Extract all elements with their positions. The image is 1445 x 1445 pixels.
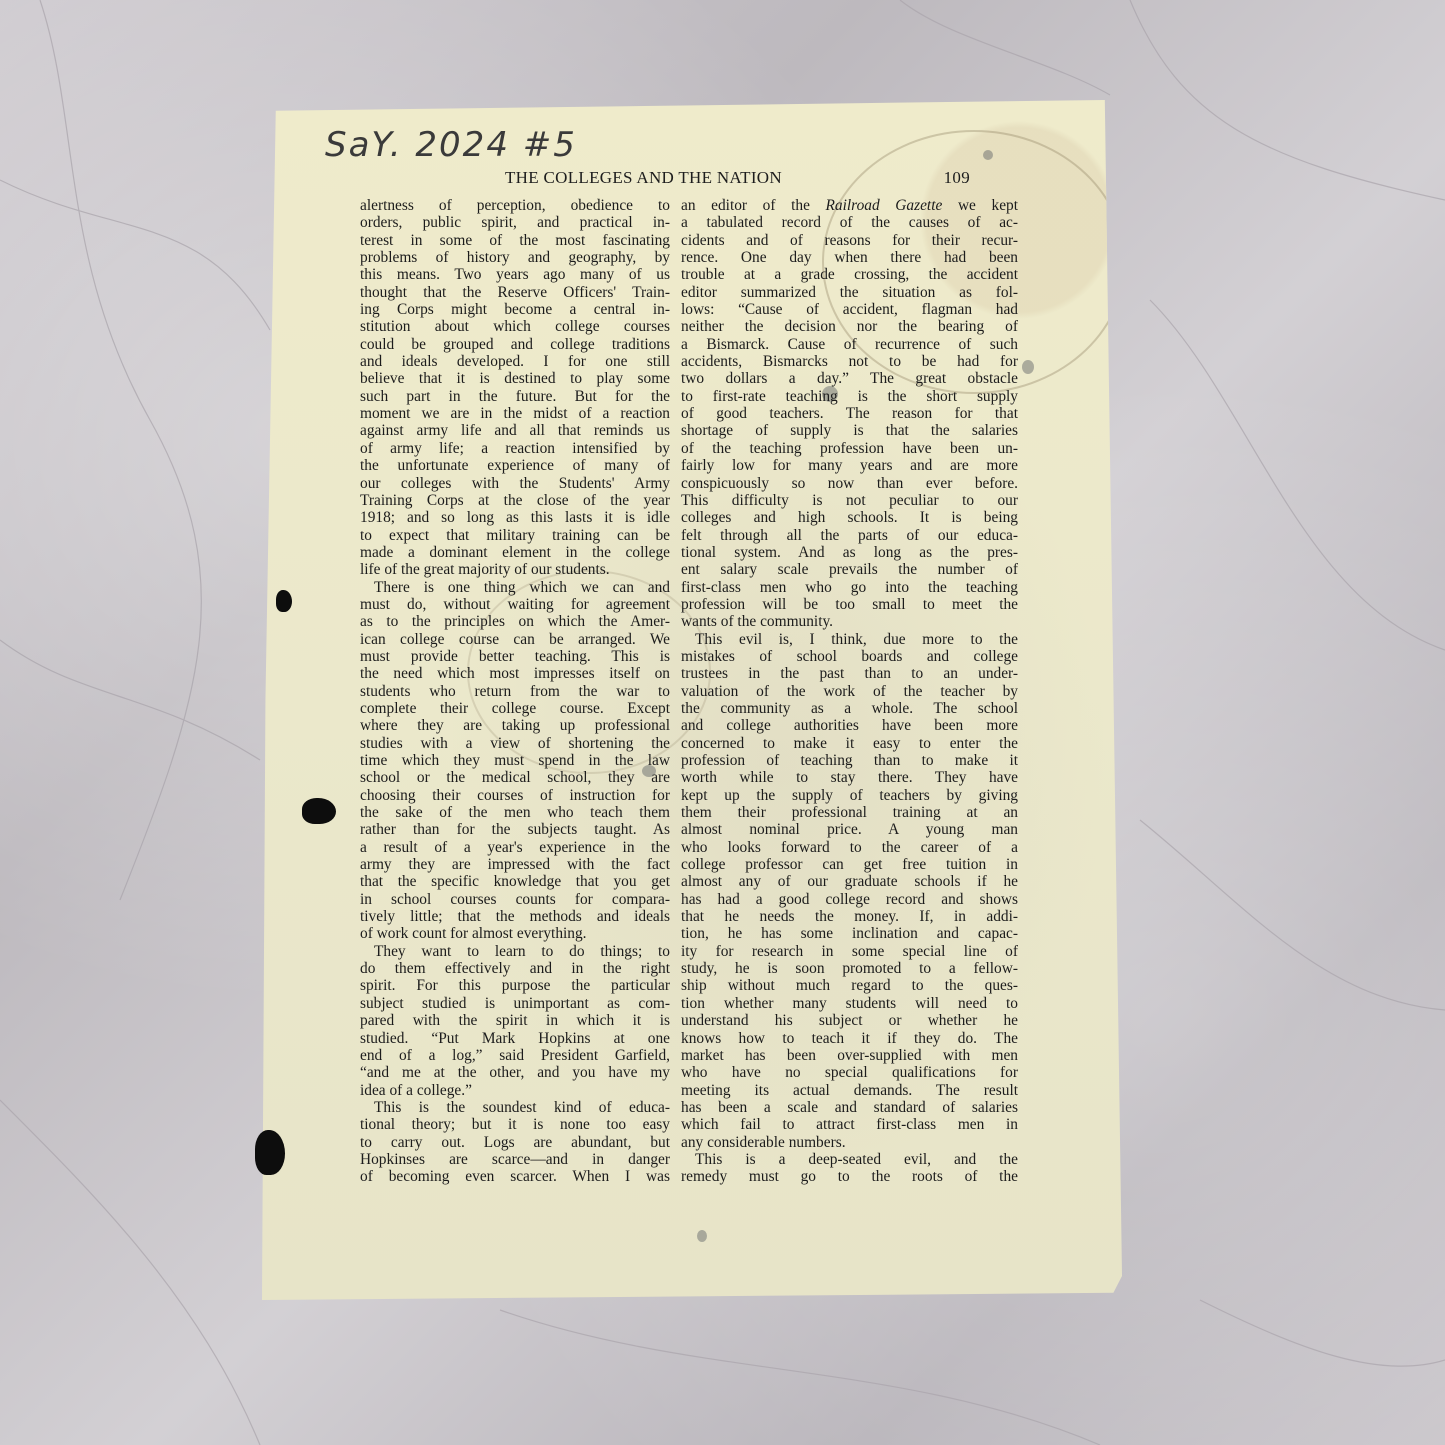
running-head-title: THE COLLEGES AND THE NATION [505, 168, 782, 188]
text-line: made a dominant element in the college [360, 544, 670, 561]
text-line: against army life and all that reminds u… [360, 422, 670, 439]
black-paint-blot [276, 590, 292, 612]
text-line: such part in the future. But for the [360, 388, 670, 405]
text-line: army they are impressed with the fact [360, 856, 670, 873]
text-column-right: an editor of the Railroad Gazette we kep… [681, 197, 1018, 1186]
running-header: THE COLLEGES AND THE NATION 109 [505, 168, 970, 188]
text-line: life of the great majority of our studen… [360, 561, 670, 578]
text-line: ship without much regard to the ques- [681, 977, 1018, 994]
text-line: worth while to stay there. They have [681, 769, 1018, 786]
text-line: spirit. For this purpose the particular [360, 977, 670, 994]
text-line: This is the soundest kind of educa- [360, 1099, 670, 1116]
text-column-left: alertness of perception, obedience toord… [360, 197, 670, 1186]
text-line: This evil is, I think, due more to the [681, 631, 1018, 648]
text-line: a Bismarck. Cause of recurrence of such [681, 336, 1018, 353]
text-line: pared with the spirit in which it is [360, 1012, 670, 1029]
text-line: an editor of the Railroad Gazette we kep… [681, 197, 1018, 214]
text-line: moment we are in the midst of a reaction [360, 405, 670, 422]
text-line: idea of a college.” [360, 1082, 670, 1099]
text-line: Hopkinses are scarce—and in danger [360, 1151, 670, 1168]
text-line: study, he is soon promoted to a fellow- [681, 960, 1018, 977]
text-line: could be grouped and college traditions [360, 336, 670, 353]
text-line: believe that it is destined to play some [360, 370, 670, 387]
text-line: fairly low for many years and are more [681, 457, 1018, 474]
text-line: tional theory; but it is none too easy [360, 1116, 670, 1133]
text-line: mistakes of school boards and college [681, 648, 1018, 665]
text-line: ing Corps might become a central in- [360, 301, 670, 318]
text-line: who have no special qualifications for [681, 1064, 1018, 1081]
text-line: this means. Two years ago many of us [360, 266, 670, 283]
text-line: any considerable numbers. [681, 1134, 1018, 1151]
text-line: time which they must spend in the law [360, 752, 670, 769]
text-line: which fail to attract first-class men in [681, 1116, 1018, 1133]
text-line: who looks forward to the career of a [681, 839, 1018, 856]
text-line: ity for research in some special line of [681, 943, 1018, 960]
text-line: of work count for almost everything. [360, 925, 670, 942]
text-line: two dollars a day.” The great obstacle [681, 370, 1018, 387]
text-line: profession of teaching than to make it [681, 752, 1018, 769]
text-line: ican college course can be arranged. We [360, 631, 670, 648]
text-line: wants of the community. [681, 613, 1018, 630]
text-line: and college authorities have been more [681, 717, 1018, 734]
text-line: almost any of our graduate schools if he [681, 873, 1018, 890]
page-number: 109 [944, 168, 970, 188]
text-line: choosing their courses of instruction fo… [360, 787, 670, 804]
text-line: a tabulated record of the causes of ac- [681, 214, 1018, 231]
text-line: concerned to make it easy to enter the [681, 735, 1018, 752]
text-line: the sake of the men who teach them [360, 804, 670, 821]
text-line: as to the principles on which the Amer- [360, 613, 670, 630]
text-line: editor summarized the situation as fol- [681, 284, 1018, 301]
text-line: tional system. And as long as the pres- [681, 544, 1018, 561]
text-line: rence. One day when there had been [681, 249, 1018, 266]
text-line: that the specific knowledge that you get [360, 873, 670, 890]
text-line: of becoming even scarcer. When I was [360, 1168, 670, 1185]
text-line: of army life; a reaction intensified by [360, 440, 670, 457]
text-line: trustees in the past than to an under- [681, 665, 1018, 682]
text-line: knows how to teach it if they do. The [681, 1030, 1018, 1047]
text-line: cidents and of reasons for their recur- [681, 232, 1018, 249]
text-line: first-class men who go into the teaching [681, 579, 1018, 596]
text-line: shortage of supply is that the salaries [681, 422, 1018, 439]
text-line: of the teaching profession have been un- [681, 440, 1018, 457]
text-line: 1918; and so long as this lasts it is id… [360, 509, 670, 526]
text-line: There is one thing which we can and [360, 579, 670, 596]
text-line: almost nominal price. A young man [681, 821, 1018, 838]
ink-spot [697, 1230, 707, 1242]
text-line: the unfortunate experience of many of [360, 457, 670, 474]
text-line: the need which most impresses itself on [360, 665, 670, 682]
text-line: understand his subject or whether he [681, 1012, 1018, 1029]
black-paint-blot [302, 798, 336, 824]
text-line: trouble at a grade crossing, the acciden… [681, 266, 1018, 283]
text-line: must provide better teaching. This is [360, 648, 670, 665]
text-line: to first-rate teaching is the short supp… [681, 388, 1018, 405]
text-line: problems of history and geography, by [360, 249, 670, 266]
text-line: kept up the supply of teachers by giving [681, 787, 1018, 804]
text-line: This is a deep-seated evil, and the [681, 1151, 1018, 1168]
text-line: They want to learn to do things; to [360, 943, 670, 960]
black-paint-blot [255, 1130, 285, 1175]
text-line: orders, public spirit, and practical in- [360, 214, 670, 231]
text-line: studies with a view of shortening the [360, 735, 670, 752]
text-line: do them effectively and in the right [360, 960, 670, 977]
text-line: college professor can get free tuition i… [681, 856, 1018, 873]
text-line: has been a scale and standard of salarie… [681, 1099, 1018, 1116]
text-line: a result of a year's experience in the [360, 839, 670, 856]
text-line: school or the medical school, they are [360, 769, 670, 786]
text-line: in school courses counts for compara- [360, 891, 670, 908]
text-line: to carry out. Logs are abundant, but [360, 1134, 670, 1151]
text-line: ent salary scale prevails the number of [681, 561, 1018, 578]
text-line: our colleges with the Students' Army [360, 475, 670, 492]
text-line: and ideals developed. I for one still [360, 353, 670, 370]
text-line: the community as a whole. The school [681, 700, 1018, 717]
text-line: to expect that military training can be [360, 527, 670, 544]
text-line: has had a good college record and shows [681, 891, 1018, 908]
text-line: tively little; that the methods and idea… [360, 908, 670, 925]
text-line: felt through all the parts of our educa- [681, 527, 1018, 544]
text-line: end of a log,” said President Garfield, [360, 1047, 670, 1064]
text-line: must do, without waiting for agreement [360, 596, 670, 613]
text-line: lows: “Cause of accident, flagman had [681, 301, 1018, 318]
text-line: Training Corps at the close of the year [360, 492, 670, 509]
text-line: “and me at the other, and you have my [360, 1064, 670, 1081]
text-line: them their professional training at an [681, 804, 1018, 821]
text-line: remedy must go to the roots of the [681, 1168, 1018, 1185]
text-line: conspicuously so now than ever before. [681, 475, 1018, 492]
text-line: where they are taking up professional [360, 717, 670, 734]
text-line: thought that the Reserve Officers' Train… [360, 284, 670, 301]
text-line: valuation of the work of the teacher by [681, 683, 1018, 700]
text-line: colleges and high schools. It is being [681, 509, 1018, 526]
text-line: neither the decision nor the bearing of [681, 318, 1018, 335]
text-line: studied. “Put Mark Hopkins at one [360, 1030, 670, 1047]
ink-spot [983, 150, 993, 160]
text-line: of good teachers. The reason for that [681, 405, 1018, 422]
text-line: This difficulty is not peculiar to our [681, 492, 1018, 509]
text-line: tion whether many students will need to [681, 995, 1018, 1012]
text-line: complete their college course. Except [360, 700, 670, 717]
text-line: profession will be too small to meet the [681, 596, 1018, 613]
text-line: subject studied is unimportant as com- [360, 995, 670, 1012]
text-line: students who return from the war to [360, 683, 670, 700]
text-line: market has been over-supplied with men [681, 1047, 1018, 1064]
text-line: alertness of perception, obedience to [360, 197, 670, 214]
text-line: meeting its actual demands. The result [681, 1082, 1018, 1099]
text-line: accidents, Bismarcks not to be had for [681, 353, 1018, 370]
text-line: rather than for the subjects taught. As [360, 821, 670, 838]
ink-spot [1022, 360, 1034, 374]
handwritten-annotation: SaY. 2024 #5 [325, 125, 577, 165]
text-line: stitution about which college courses [360, 318, 670, 335]
text-line: terest in some of the most fascinating [360, 232, 670, 249]
text-line: that he needs the money. If, in addi- [681, 908, 1018, 925]
text-line: tion, he has some inclination and capac- [681, 925, 1018, 942]
